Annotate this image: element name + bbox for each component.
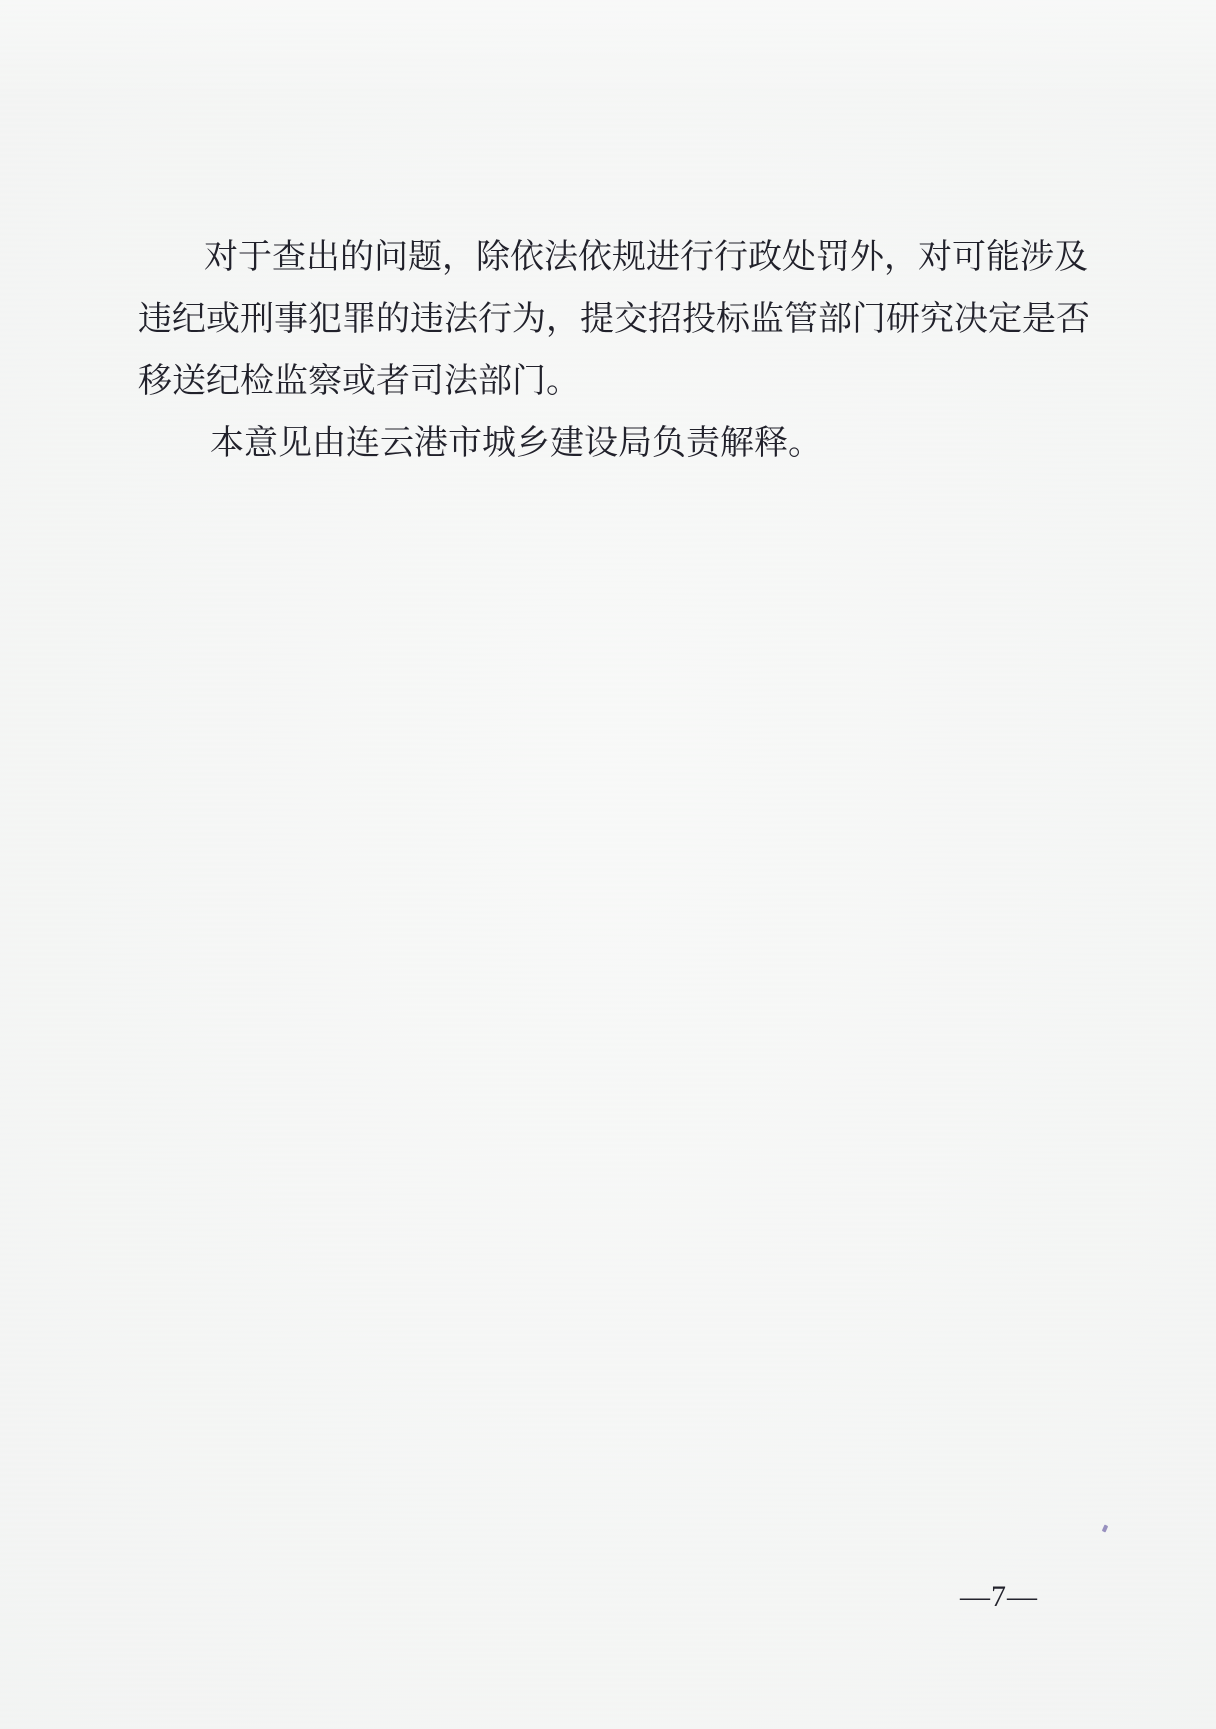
document-page: 对于查出的问题，除依法依规进行行政处罚外，对可能涉及 违纪或刑事犯罪的违法行为，… xyxy=(0,0,1216,1729)
paragraph-1-line-2: 违纪或刑事犯罪的违法行为，提交招投标监管部门研究决定是否 xyxy=(138,303,1090,337)
scan-artifact-speck xyxy=(1102,1524,1109,1532)
paragraph-1-line-3: 移送纪检监察或者司法部门。 xyxy=(138,365,580,399)
paragraph-1-line-1: 对于查出的问题，除依法依规进行行政处罚外，对可能涉及 xyxy=(204,241,1088,275)
page-number: —7— xyxy=(960,1582,1038,1612)
paragraph-2-line-1: 本意见由连云港市城乡建设局负责解释。 xyxy=(210,427,822,461)
